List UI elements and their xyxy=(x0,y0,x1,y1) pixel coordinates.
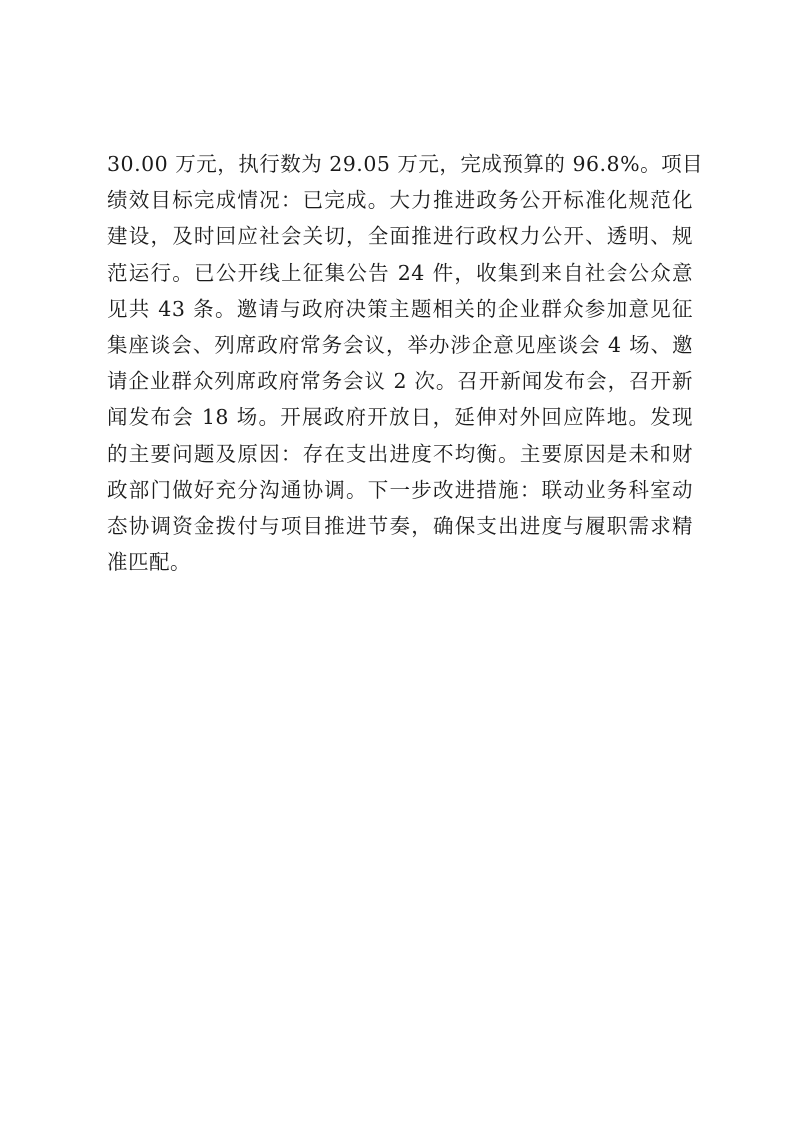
text-line: 绩效目标完成情况：已完成。大力推进政务公开标准化规范化 xyxy=(107,182,693,218)
text-line: 政部门做好充分沟通协调。下一步改进措施：联动业务科室动 xyxy=(107,472,693,508)
text-line: 准匹配。 xyxy=(107,544,693,580)
text-line: 请企业群众列席政府常务会议 2 次。召开新闻发布会，召开新 xyxy=(107,363,693,399)
document-page: 30.00 万元，执行数为 29.05 万元，完成预算的 96.8%。项目 绩效… xyxy=(0,0,793,1122)
text-line: 的主要问题及原因：存在支出进度不均衡。主要原因是未和财 xyxy=(107,436,693,472)
text-line: 集座谈会、列席政府常务会议，举办涉企意见座谈会 4 场、邀 xyxy=(107,327,693,363)
text-line: 见共 43 条。邀请与政府决策主题相关的企业群众参加意见征 xyxy=(107,291,693,327)
text-line: 闻发布会 18 场。开展政府开放日，延伸对外回应阵地。发现 xyxy=(107,399,693,435)
text-line: 30.00 万元，执行数为 29.05 万元，完成预算的 96.8%。项目 xyxy=(107,146,693,182)
text-line: 建设，及时回应社会关切，全面推进行政权力公开、透明、规 xyxy=(107,218,693,254)
paragraph-performance-report: 30.00 万元，执行数为 29.05 万元，完成预算的 96.8%。项目 绩效… xyxy=(107,146,693,580)
text-line: 态协调资金拨付与项目推进节奏，确保支出进度与履职需求精 xyxy=(107,508,693,544)
text-line: 范运行。已公开线上征集公告 24 件，收集到来自社会公众意 xyxy=(107,255,693,291)
